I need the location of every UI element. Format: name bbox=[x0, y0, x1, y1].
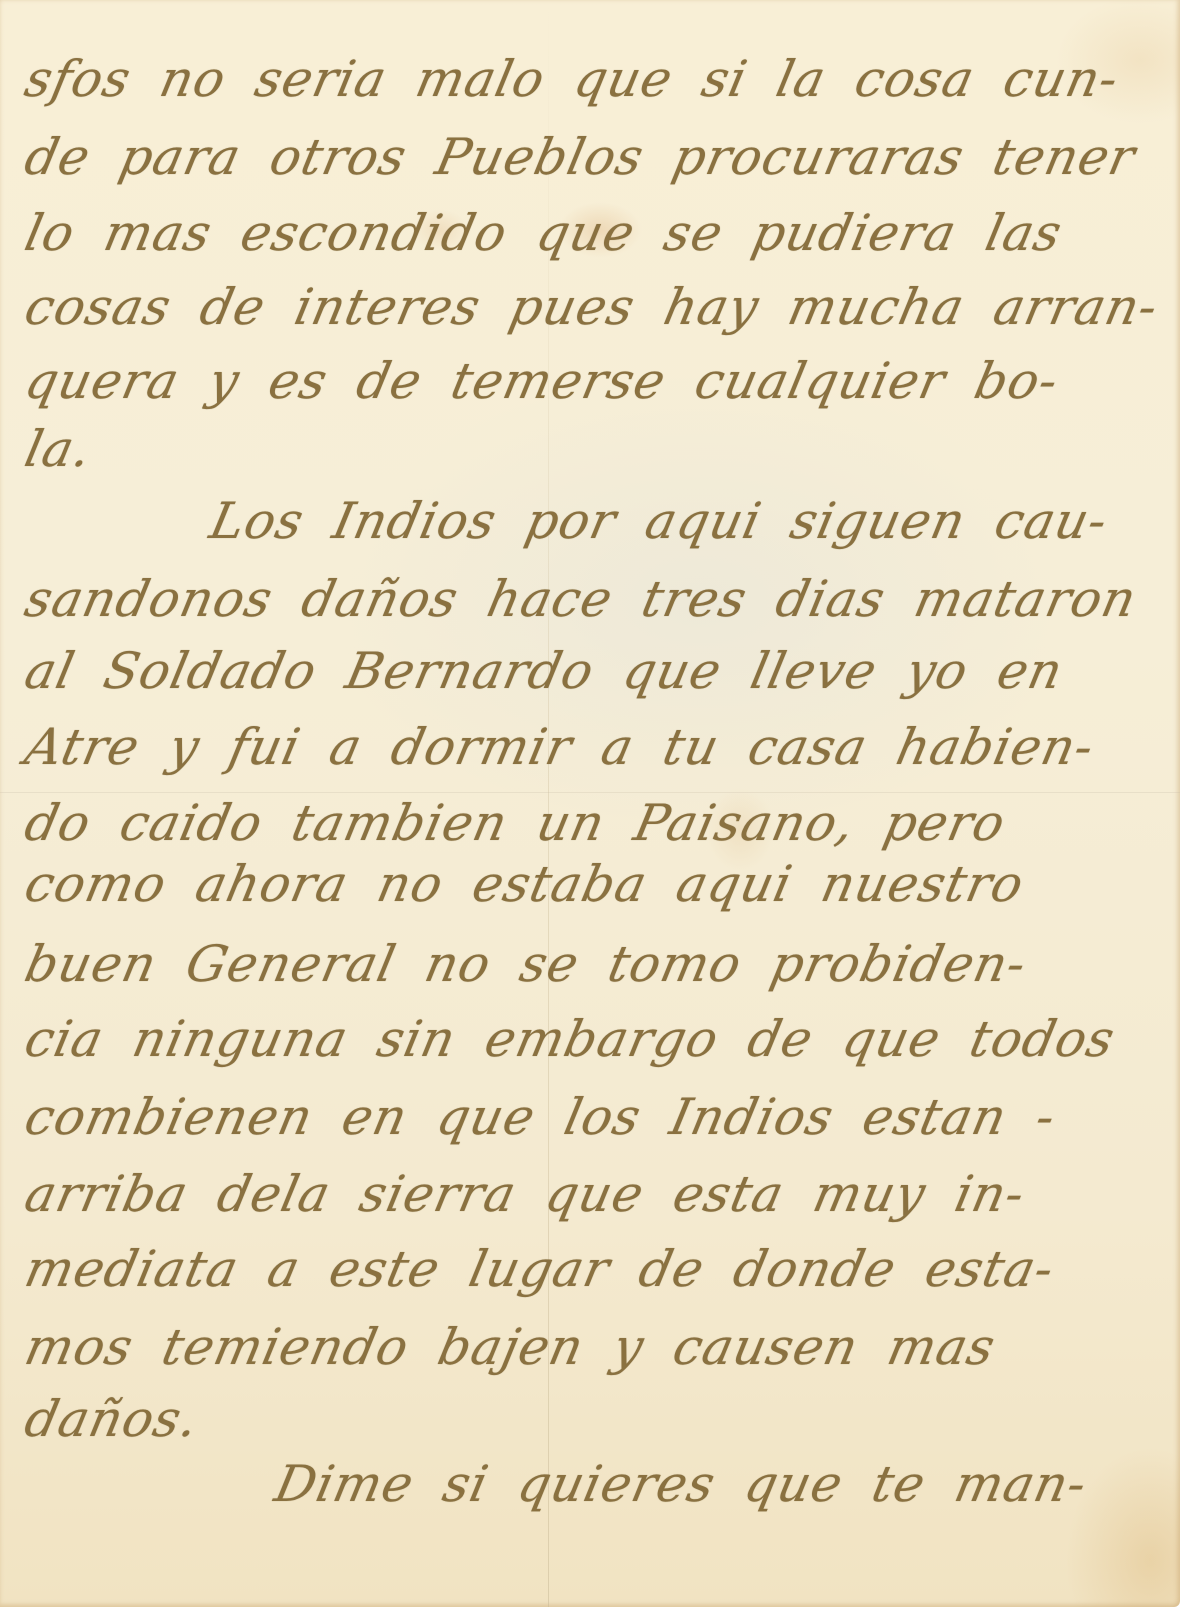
letter-line-11: do caido tambien un Paisano, pero bbox=[20, 794, 1162, 852]
handwritten-letter: sfos no seria malo que si la cosa cun- d… bbox=[0, 0, 1180, 1607]
letter-paragraph-3-start: Dime si quieres que te man- bbox=[270, 1455, 1162, 1513]
letter-line-3: lo mas escondido que se pudiera las bbox=[20, 204, 1162, 262]
letter-line-6: la. bbox=[20, 420, 1162, 478]
letter-line-19: daños. bbox=[20, 1390, 1162, 1448]
letter-line-13: buen General no se tomo probiden- bbox=[20, 935, 1162, 993]
letter-line-4: cosas de interes pues hay mucha arran- bbox=[20, 278, 1162, 336]
letter-line-9: al Soldado Bernardo que lleve yo en bbox=[20, 642, 1162, 700]
letter-line-14: cia ninguna sin embargo de que todos bbox=[20, 1010, 1162, 1068]
letter-line-2: de para otros Pueblos procuraras tener bbox=[20, 128, 1162, 186]
letter-line-12: como ahora no estaba aqui nuestro bbox=[20, 855, 1162, 913]
letter-line-5: quera y es de temerse cualquier bo- bbox=[20, 352, 1162, 410]
letter-line-18: mos temiendo bajen y causen mas bbox=[20, 1318, 1162, 1376]
letter-paragraph-2-start: Los Indios por aqui siguen cau- bbox=[205, 492, 1162, 550]
letter-line-15: combienen en que los Indios estan - bbox=[20, 1088, 1162, 1146]
letter-line-8: sandonos daños hace tres dias mataron bbox=[20, 570, 1162, 628]
letter-line-10: Atre y fui a dormir a tu casa habien- bbox=[20, 718, 1162, 776]
letter-line-1: sfos no seria malo que si la cosa cun- bbox=[20, 50, 1162, 108]
letter-line-16: arriba dela sierra que esta muy in- bbox=[20, 1165, 1162, 1223]
letter-line-17: mediata a este lugar de donde esta- bbox=[20, 1240, 1162, 1298]
